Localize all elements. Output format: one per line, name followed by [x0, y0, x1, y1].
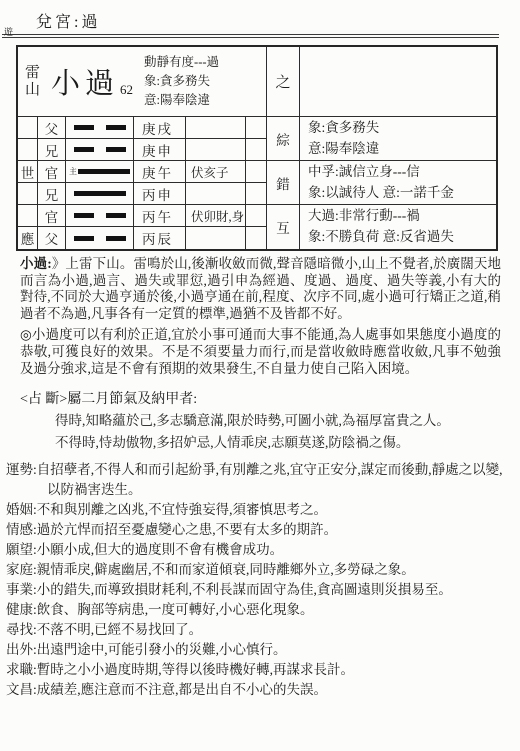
divination-entry: 尋找:不落不明,已經不易找回了。 [6, 620, 512, 640]
divination-entry: 健康:飲食、胸部等病患,一度可轉好,小心惡化現象。 [6, 600, 512, 620]
line-bar [106, 236, 126, 241]
yi-line: 意:陽奉陰違 [144, 91, 219, 110]
shi-ying-mark-cell [18, 183, 38, 205]
panel-text-cell: 中孚:誠信立身---信象:以誠待人 意:一諾千金 [300, 161, 496, 205]
panel-text-line: 大過:非常行動---禍 [308, 206, 420, 227]
stem-branch-cell: 庚申 [134, 139, 186, 161]
stem-branch-cell: 庚戌 [134, 117, 186, 139]
entry-text: 出遠門途中,可能引發小的災難,小心慎行。 [37, 642, 287, 657]
divination-entry: 事業:小的錯失,而導致損財耗利,不利長謀而固守為佳,貪高圖遠則災損易至。 [6, 580, 512, 600]
yao-line-cell [66, 139, 134, 161]
zhi-cell: 之 [267, 47, 300, 117]
spacer-cell [246, 117, 267, 139]
hidden-god-cell [186, 139, 246, 161]
divination-entry: 願望:小願小成,但大的過度則不會有機會成功。 [6, 540, 512, 560]
entry-label: 情感: [6, 522, 37, 537]
yao-line-cell [66, 183, 134, 205]
entry-label: 婚姻: [6, 502, 37, 517]
divination-entry: 運勢:自招孽者,不得人和而引起紛爭,有別離之兆,宜守正安分,謀定而後動,靜處之以… [6, 460, 512, 500]
panel-text-line: 象:以誠待人 意:一諾千金 [308, 183, 454, 204]
yao-line-cell [66, 117, 134, 139]
panel-text-line: 意:陽奉陰違 [308, 139, 379, 160]
entry-label: 健康: [6, 602, 37, 617]
yin-line [74, 147, 126, 152]
entry-text: 飲食、胸部等病患,一度可轉好,小心惡化現象。 [37, 602, 314, 617]
entry-text: 不和與別離之凶兆,不宜恃強妄得,須審慎思考之。 [37, 502, 327, 517]
stem-branch-cell: 庚午 [134, 161, 186, 183]
motto-line: 動靜有度---過 [144, 53, 219, 72]
header-blank-cell [300, 47, 496, 117]
entry-label: 文昌: [6, 682, 37, 697]
yao-line-cell: 主 [66, 161, 134, 183]
untimely-line: 不得時,恃劫傲物,多招妒忌,人情乖戾,志願莫遂,防陰禍之傷。 [55, 433, 500, 453]
panel-label-cell: 綜 [267, 117, 300, 161]
relation-cell: 兄 [38, 139, 66, 161]
line-bar [74, 191, 126, 196]
yang-line [78, 169, 130, 174]
soul-type-mark: 遊 [4, 25, 13, 38]
stem-branch-cell: 丙辰 [134, 227, 186, 249]
entry-text: 小願小成,但大的過度則不會有機會成功。 [37, 542, 283, 557]
timely-line: 得時,知略蘊於己,多志驕意滿,限於時勢,可圖小就,為福厚富貴之人。 [55, 411, 500, 431]
entry-text: 親情乖戾,僻處幽居,不和而家道傾衰,同時離鄉外立,多勞碌之象。 [37, 562, 415, 577]
yin-line [74, 213, 126, 218]
yin-line [74, 125, 126, 130]
divination-entry: 情感:過於亢悍而招至憂慮變心之患,不要有太多的期許。 [6, 520, 512, 540]
panel-text-line: 中孚:誠信立身---信 [308, 162, 420, 183]
line-bar [74, 213, 94, 218]
divination-entries: 運勢:自招孽者,不得人和而引起紛爭,有別離之兆,宜守正安分,謀定而後動,靜處之以… [6, 460, 512, 700]
entry-text: 小的錯失,而導致損財耗利,不利長謀而固守為佳,貪高圖遠則災損易至。 [37, 582, 452, 597]
ruling-line-mark: 主 [69, 168, 77, 176]
page-header: 遊 兌宮:過 [0, 0, 520, 38]
shi-ying-mark-cell: 世 [18, 161, 38, 183]
divination-header: <占 斷>屬二月節氣及納甲者: [20, 391, 520, 409]
entry-label: 出外: [6, 642, 37, 657]
entry-text: 成績差,應注意而不注意,都是出自不小心的失誤。 [37, 682, 327, 697]
entry-label: 事業: [6, 582, 37, 597]
line-bar [106, 147, 126, 152]
hidden-god-cell: 伏卯財,身 [186, 205, 246, 227]
divination-entry: 文昌:成績差,應注意而不注意,都是出自不小心的失誤。 [6, 680, 512, 700]
entry-label: 求職: [6, 662, 37, 677]
panel-text-cell: 大過:非常行動---禍象:不勝負荷 意:反省過失 [300, 205, 496, 249]
lower-trigram-char: 山 [25, 82, 40, 99]
hexagram-motto-block: 動靜有度---過 象:貪多務失 意:陽奉陰違 [144, 53, 219, 109]
hexagram-table: 雷 山 小過 62 動靜有度---過 象:貪多務失 意:陽奉陰違 之 父庚戌兄庚… [16, 45, 498, 251]
upper-trigram-char: 雷 [25, 65, 40, 82]
line-bar [74, 147, 94, 152]
divination-entry: 家庭:親情乖戾,僻處幽居,不和而家道傾衰,同時離鄉外立,多勞碌之象。 [6, 560, 512, 580]
relation-cell: 官 [38, 205, 66, 227]
relation-cell: 官 [38, 161, 66, 183]
panel-text-line: 象:不勝負荷 意:反省過失 [308, 227, 454, 248]
stem-branch-cell: 丙申 [134, 183, 186, 205]
document-page: { "page": { "corner_mark": "遊", "palace_… [0, 0, 520, 751]
hexagram-number: 62 [120, 82, 133, 98]
entry-label: 家庭: [6, 562, 37, 577]
stem-branch-cell: 丙午 [134, 205, 186, 227]
palace-title: 兌宮:過 [36, 9, 520, 32]
panel-label-cell: 互 [267, 205, 300, 249]
line-bar [74, 125, 94, 130]
description-lead: 小過: [20, 256, 52, 271]
spacer-cell [246, 139, 267, 161]
xiang-line: 象:貪多務失 [144, 72, 219, 91]
divination-section: <占 斷>屬二月節氣及納甲者: 得時,知略蘊於己,多志驕意滿,限於時勢,可圖小就… [0, 391, 520, 700]
shi-ying-mark-cell: 應 [18, 227, 38, 249]
entry-text: 自招孽者,不得人和而引起紛爭,有別離之兆,宜守正安分,謀定而後動,靜處之以變,以… [37, 462, 503, 497]
divination-entry: 婚姻:不和與別離之凶兆,不宜恃強妄得,須審慎思考之。 [6, 500, 512, 520]
description-text: 》上雷下山。雷鳴於山,後漸收斂而微,聲音隱暗微小,山上不覺者,於廣闊天地而言為小… [20, 256, 501, 321]
divination-entry: 求職:暫時之小小過度時期,等得以後時機好轉,再謀求長計。 [6, 660, 512, 680]
entry-text: 不落不明,已經不易找回了。 [37, 622, 202, 637]
entry-text: 過於亢悍而招至憂慮變心之患,不要有太多的期許。 [37, 522, 337, 537]
spacer-cell [246, 227, 267, 249]
panel-text-line: 象:貪多務失 [308, 118, 379, 139]
hexagram-name-cell: 雷 山 小過 62 動靜有度---過 象:貪多務失 意:陽奉陰違 [18, 47, 267, 117]
line-bar [106, 213, 126, 218]
hidden-god-cell [186, 183, 246, 205]
entry-label: 運勢: [6, 462, 37, 477]
panel-label-cell: 錯 [267, 161, 300, 205]
yao-line-cell [66, 227, 134, 249]
relation-cell: 父 [38, 227, 66, 249]
spacer-cell [246, 183, 267, 205]
entry-text: 暫時之小小過度時期,等得以後時機好轉,再謀求長計。 [37, 662, 354, 677]
hidden-god-cell [186, 117, 246, 139]
entry-label: 尋找: [6, 622, 37, 637]
relation-cell: 父 [38, 117, 66, 139]
relation-cell: 兄 [38, 183, 66, 205]
line-bar [74, 236, 94, 241]
spacer-cell [246, 205, 267, 227]
hidden-god-cell [186, 227, 246, 249]
shi-ying-mark-cell [18, 139, 38, 161]
header-double-rule [2, 34, 499, 38]
yin-line [74, 236, 126, 241]
hidden-god-cell: 伏亥子 [186, 161, 246, 183]
line-bar [106, 125, 126, 130]
spacer-cell [246, 161, 267, 183]
divination-entry: 出外:出遠門途中,可能引發小的災難,小心慎行。 [6, 640, 512, 660]
yao-line-cell [66, 205, 134, 227]
entry-label: 願望: [6, 542, 37, 557]
panel-text-cell: 象:貪多務失意:陽奉陰違 [300, 117, 496, 161]
shi-ying-mark-cell [18, 205, 38, 227]
hexagram-note-paragraph: ◎小過度可以有利於正道,宜於小事可通而大事不能通,為人處事如果態度小過度的恭敬,… [20, 327, 501, 377]
shi-ying-mark-cell [18, 117, 38, 139]
hexagram-description-paragraph: 小過:》上雷下山。雷鳴於山,後漸收斂而微,聲音隱暗微小,山上不覺者,於廣闊天地而… [20, 256, 501, 322]
hexagram-name: 小過 [51, 61, 119, 102]
trigram-name-stack: 雷 山 [25, 65, 40, 99]
yang-line [74, 191, 126, 196]
line-bar [78, 169, 130, 174]
